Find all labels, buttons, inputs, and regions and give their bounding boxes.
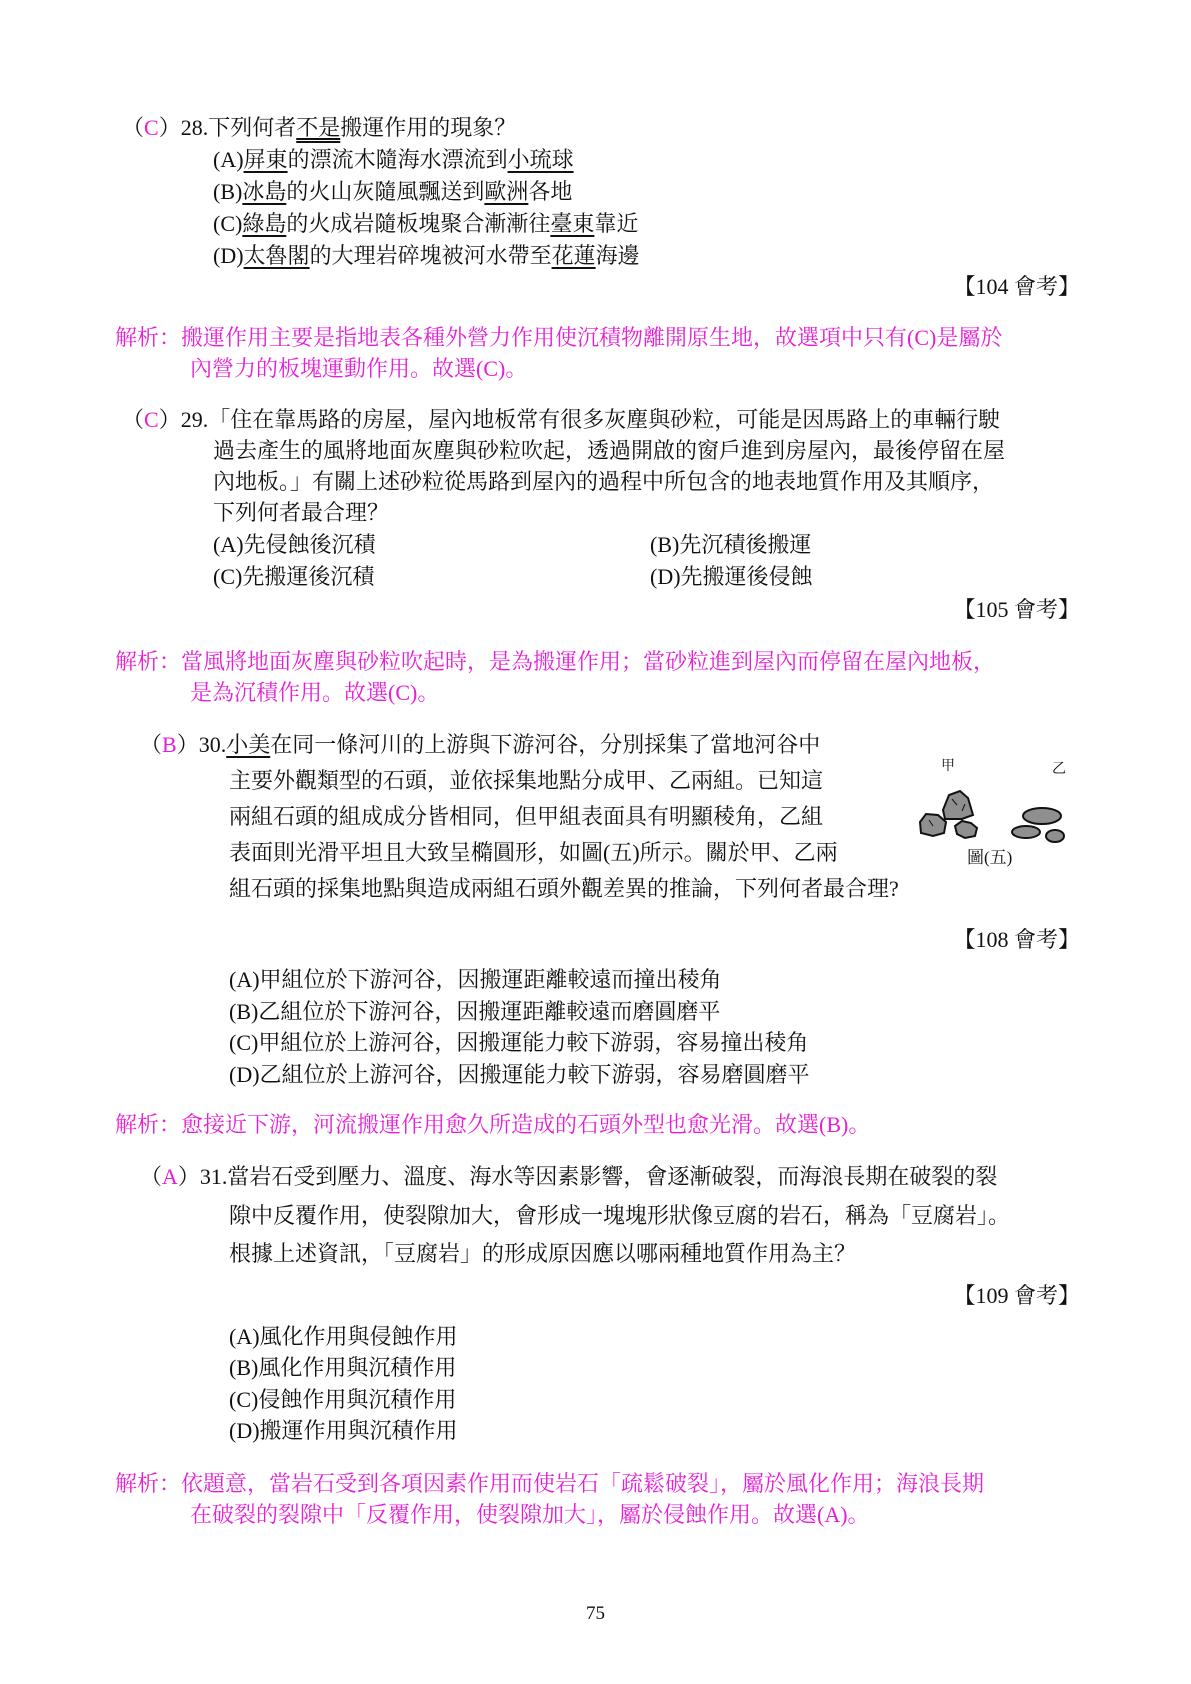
option-label: (C) — [213, 564, 242, 589]
exam-source-tag: 【109 會考】 — [953, 1281, 1080, 1311]
bracket-close: ） — [178, 1164, 200, 1189]
bracket-close: ） — [177, 732, 199, 757]
bracket-open: （ — [140, 1164, 162, 1189]
option-text: 先搬運後侵蝕 — [681, 564, 813, 589]
option-d: (D)太魯閣的大理岩碎塊被河水帶至花蓮海邊 — [213, 241, 640, 271]
option-label: (D) — [229, 1062, 260, 1087]
place-name: 花蓮 — [552, 243, 596, 268]
stem-line: 兩組石頭的組成成分皆相同，但甲組表面具有明顯稜角，乙組 — [229, 802, 823, 832]
bracket-open: （ — [122, 407, 144, 432]
place-name: 屏東 — [244, 147, 288, 172]
place-name: 綠島 — [242, 211, 286, 236]
bracket-close: ） — [159, 115, 181, 140]
answer-letter: B — [162, 732, 177, 757]
option-text: 各地 — [528, 179, 572, 204]
stem-line: 內地板。」有關上述砂粒從馬路到屋內的過程中所包含的地表地質作用及其順序， — [213, 467, 994, 497]
option-b: (B)乙組位於下游河谷，因搬運距離較遠而磨圓磨平 — [229, 997, 720, 1027]
exam-source-tag: 【105 會考】 — [953, 595, 1080, 625]
question-30-stem: （B）30.小美在同一條河川的上游與下游河谷，分別採集了當地河谷中 — [140, 730, 820, 760]
option-a: (A)先侵蝕後沉積 — [213, 530, 376, 560]
question-number: 28. — [181, 115, 209, 140]
option-label: (B) — [213, 179, 242, 204]
explanation-line: 解析：依題意，當岩石受到各項因素作用而使岩石「疏鬆破裂」，屬於風化作用；海浪長期 — [115, 1469, 984, 1499]
stem-text: 下列何者 — [208, 115, 296, 140]
option-d: (D)搬運作用與沉積作用 — [229, 1416, 458, 1446]
option-text: 的火山灰隨風飄送到 — [286, 179, 484, 204]
option-c: (C)綠島的火成岩隨板塊聚合漸漸往臺東靠近 — [213, 209, 638, 239]
angular-rocks-icon — [920, 791, 977, 838]
option-text: 甲組位於下游河谷，因搬運距離較遠而撞出稜角 — [260, 967, 722, 992]
option-d: (D)乙組位於上游河谷，因搬運能力較下游弱，容易磨圓磨平 — [229, 1060, 810, 1090]
option-c: (C)侵蝕作用與沉積作用 — [229, 1385, 456, 1415]
answer-letter: C — [144, 407, 159, 432]
option-label: (C) — [229, 1030, 258, 1055]
place-name: 太魯閣 — [244, 243, 310, 268]
option-text: 先侵蝕後沉積 — [244, 532, 376, 557]
option-a: (A)甲組位於下游河谷，因搬運距離較遠而撞出稜角 — [229, 965, 722, 995]
rocks-illustration — [905, 770, 1085, 860]
option-a: (A)風化作用與侵蝕作用 — [229, 1322, 458, 1352]
option-text: 風化作用與沉積作用 — [258, 1355, 456, 1380]
stem-emphasis: 不是 — [296, 115, 340, 140]
option-text: 風化作用與侵蝕作用 — [260, 1324, 458, 1349]
explanation-line: 是為沉積作用。故選(C)。 — [190, 678, 439, 708]
person-name: 小美 — [226, 732, 270, 757]
option-label: (A) — [229, 1324, 260, 1349]
bracket-open: （ — [122, 115, 144, 140]
option-text: 甲組位於上游河谷，因搬運能力較下游弱，容易撞出稜角 — [258, 1030, 808, 1055]
option-label: (B) — [229, 1355, 258, 1380]
option-label: (A) — [213, 532, 244, 557]
answer-letter: C — [144, 115, 159, 140]
exam-source-tag: 【104 會考】 — [953, 272, 1080, 302]
option-text: 海邊 — [596, 243, 640, 268]
option-a: (A)屏東的漂流木隨海水漂流到小琉球 — [213, 145, 574, 175]
option-c: (C)甲組位於上游河谷，因搬運能力較下游弱，容易撞出稜角 — [229, 1028, 808, 1058]
option-c: (C)先搬運後沉積 — [213, 562, 374, 592]
stem-line: 組石頭的採集地點與造成兩組石頭外觀差異的推論，下列何者最合理? — [229, 874, 899, 904]
option-label: (B) — [650, 532, 679, 557]
question-number: 31. — [200, 1164, 228, 1189]
explanation-line: 在破裂的裂隙中「反覆作用，使裂隙加大」，屬於侵蝕作用。故選(A)。 — [190, 1500, 870, 1530]
option-label: (D) — [213, 243, 244, 268]
option-b: (B)冰島的火山灰隨風飄送到歐洲各地 — [213, 177, 572, 207]
question-31-stem: （A）31.當岩石受到壓力、溫度、海水等因素影響，會逐漸破裂，而海浪長期在破裂的… — [140, 1162, 997, 1192]
option-text: 先搬運後沉積 — [242, 564, 374, 589]
option-b: (B)先沉積後搬運 — [650, 530, 811, 560]
option-label: (A) — [213, 147, 244, 172]
stem-line: 表面則光滑平坦且大致呈橢圓形，如圖(五)所示。關於甲、乙兩 — [229, 838, 838, 868]
option-text: 先沉積後搬運 — [679, 532, 811, 557]
option-label: (D) — [650, 564, 681, 589]
option-d: (D)先搬運後侵蝕 — [650, 562, 813, 592]
rounded-rocks-icon — [1012, 808, 1064, 842]
figure-caption: 圖(五) — [967, 848, 1012, 868]
stem-text: 搬運作用的現象？ — [340, 115, 516, 140]
place-name: 歐洲 — [484, 179, 528, 204]
option-text: 的漂流木隨海水漂流到 — [288, 147, 508, 172]
option-label: (C) — [213, 211, 242, 236]
option-text: 乙組位於下游河谷，因搬運距離較遠而磨圓磨平 — [258, 999, 720, 1024]
option-text: 的大理岩碎塊被河水帶至 — [310, 243, 552, 268]
stem-text: 「住在靠馬路的房屋，屋內地板常有很多灰塵與砂粒，可能是因馬路上的車輛行駛 — [208, 407, 1000, 432]
explanation-line: 解析：當風將地面灰塵與砂粒吹起時，是為搬運作用；當砂粒進到屋內而停留在屋內地板， — [115, 647, 995, 677]
option-text: 靠近 — [594, 211, 638, 236]
answer-letter: A — [162, 1164, 178, 1189]
option-text: 乙組位於上游河谷，因搬運能力較下游弱，容易磨圓磨平 — [260, 1062, 810, 1087]
stem-text: 在同一條河川的上游與下游河谷，分別採集了當地河谷中 — [270, 732, 820, 757]
stem-text: 當岩石受到壓力、溫度、海水等因素影響，會逐漸破裂，而海浪長期在破裂的裂 — [227, 1164, 997, 1189]
bracket-close: ） — [159, 407, 181, 432]
option-label: (C) — [229, 1387, 258, 1412]
stem-line: 根據上述資訊，「豆腐岩」的形成原因應以哪兩種地質作用為主？ — [229, 1239, 856, 1269]
question-number: 29. — [181, 407, 209, 432]
option-label: (D) — [229, 1418, 260, 1443]
stem-line: 過去產生的風將地面灰塵與砂粒吹起，透過開啟的窗戶進到房屋內，最後停留在屋 — [213, 436, 1005, 466]
explanation-line: 解析：搬運作用主要是指地表各種外營力作用使沉積物離開原生地，故選項中只有(C)是… — [115, 323, 1002, 353]
option-text: 的火成岩隨板塊聚合漸漸往 — [286, 211, 550, 236]
page-number: 75 — [0, 1603, 1191, 1625]
option-b: (B)風化作用與沉積作用 — [229, 1353, 456, 1383]
place-name: 小琉球 — [508, 147, 574, 172]
question-29-stem: （C）29.「住在靠馬路的房屋，屋內地板常有很多灰塵與砂粒，可能是因馬路上的車輛… — [122, 405, 1000, 435]
stem-line: 隙中反覆作用，使裂隙加大，會形成一塊塊形狀像豆腐的岩石，稱為「豆腐岩」。 — [229, 1201, 1010, 1231]
option-text: 搬運作用與沉積作用 — [260, 1418, 458, 1443]
option-label: (A) — [229, 967, 260, 992]
bracket-open: （ — [140, 732, 162, 757]
explanation-line: 內營力的板塊運動作用。故選(C)。 — [190, 354, 527, 384]
option-label: (B) — [229, 999, 258, 1024]
question-28-stem: （C）28.下列何者不是搬運作用的現象？ — [122, 113, 516, 143]
place-name: 臺東 — [550, 211, 594, 236]
question-number: 30. — [199, 732, 227, 757]
stem-line: 下列何者最合理？ — [213, 498, 389, 528]
exam-source-tag: 【108 會考】 — [953, 925, 1080, 955]
stem-line: 主要外觀類型的石頭，並依採集地點分成甲、乙兩組。已知這 — [229, 766, 823, 796]
option-text: 侵蝕作用與沉積作用 — [258, 1387, 456, 1412]
place-name: 冰島 — [242, 179, 286, 204]
explanation-line: 解析：愈接近下游，河流搬運作用愈久所造成的石頭外型也愈光滑。故選(B)。 — [115, 1110, 870, 1140]
